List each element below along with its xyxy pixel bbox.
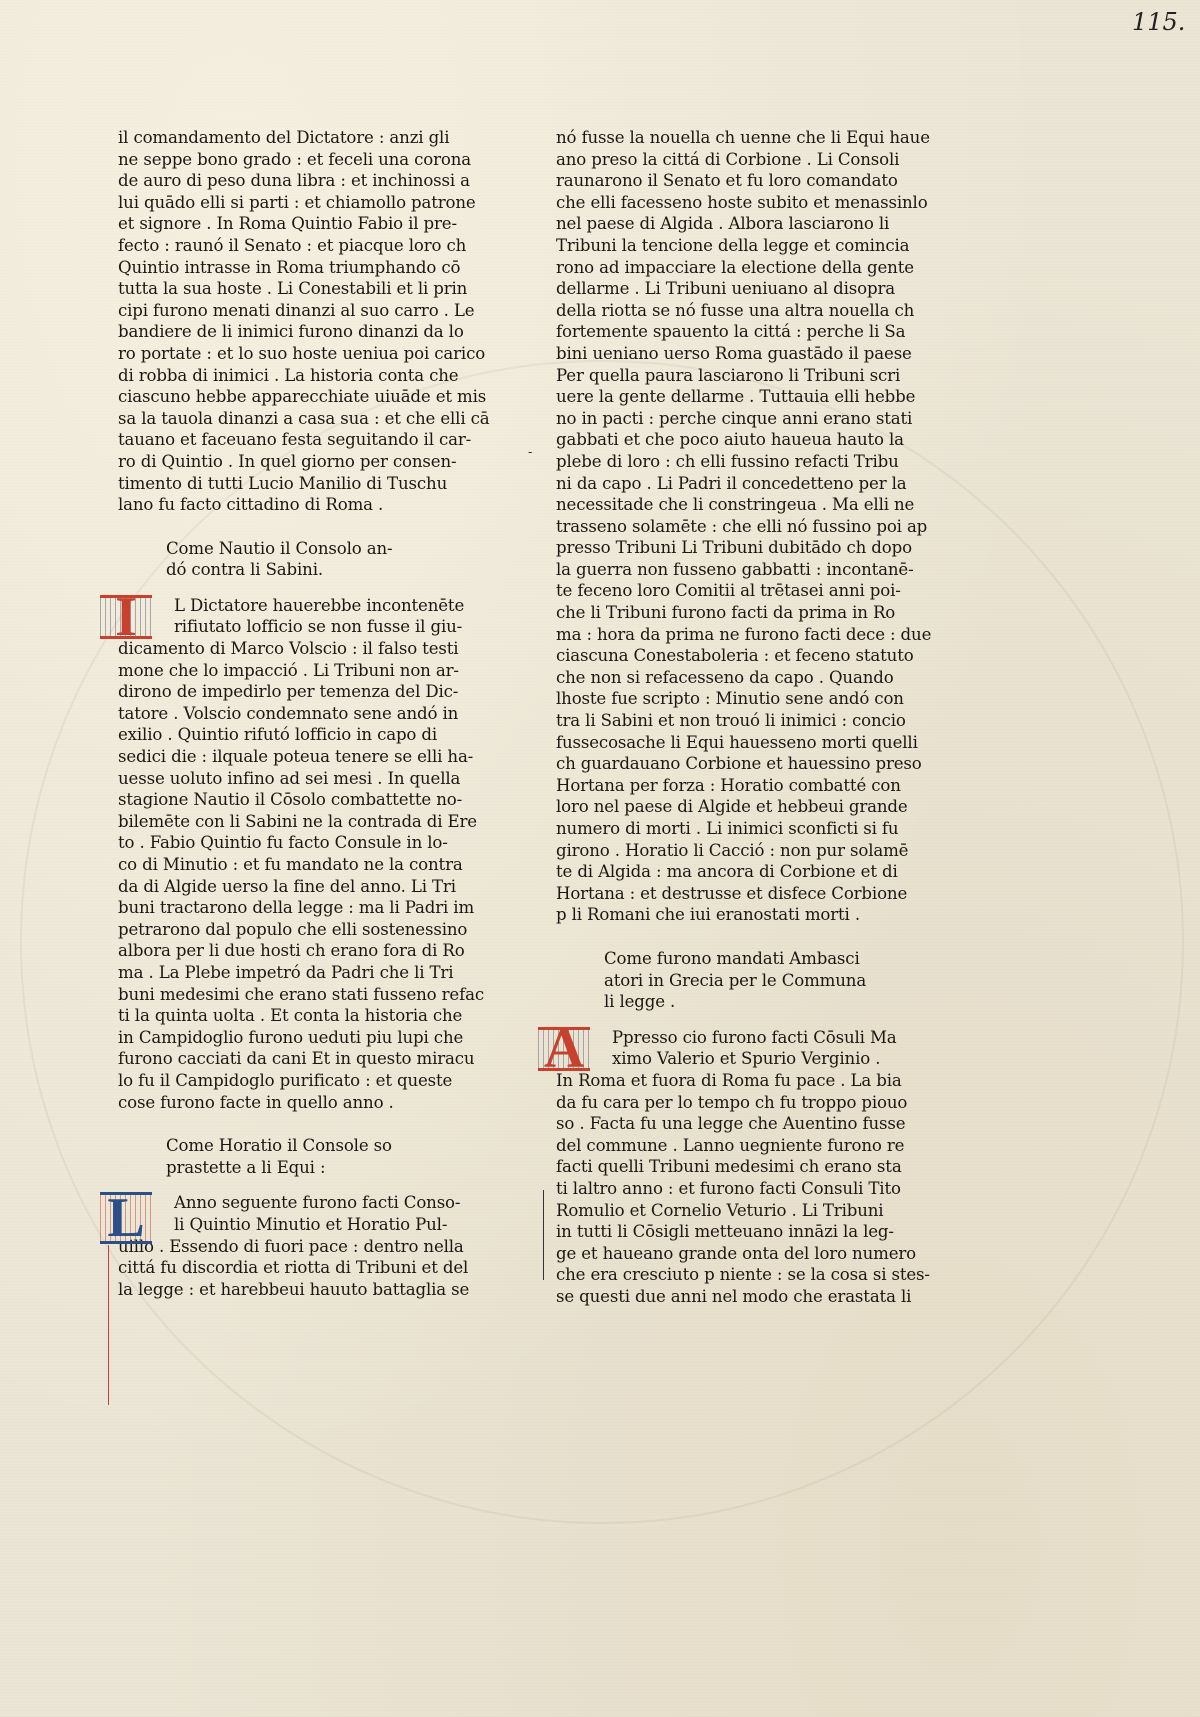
text-line: L Dictatore hauerebbe incontenēte — [174, 595, 480, 617]
text-line: ciascuna Conestaboleria : et feceno stat… — [556, 645, 918, 667]
text-line: dellarme . Li Tribuni ueniuano al disopr… — [556, 278, 918, 300]
text-line: li legge . — [604, 991, 918, 1013]
text-line: Come Nautio il Consolo an- — [166, 538, 480, 560]
text-line: ano preso la cittá di Corbione . Li Cons… — [556, 149, 918, 171]
text-line: bilemēte con li Sabini ne la contrada di… — [118, 811, 480, 833]
text-line: rifiutato lofficio se non fusse il giu- — [174, 616, 480, 638]
text-line: gabbati et che poco aiuto haueua hauto l… — [556, 429, 918, 451]
section-heading: Come Nautio il Consolo an-dó contra li S… — [118, 538, 480, 581]
text-line: te di Algida : ma ancora di Corbione et … — [556, 861, 918, 883]
text-line: to . Fabio Quintio fu facto Consule in l… — [118, 832, 480, 854]
text-line: uesse uoluto infino ad sei mesi . In que… — [118, 768, 480, 790]
text-line: p li Romani che iui eranostati morti . — [556, 904, 918, 926]
illuminated-initial-l: L — [96, 1186, 156, 1250]
margin-dot: - — [528, 445, 532, 460]
text-line: buni medesimi che erano stati fusseno re… — [118, 984, 480, 1006]
text-line: ne seppe bono grado : et feceli una coro… — [118, 149, 480, 171]
text-line: plebe di loro : ch elli fussino refacti … — [556, 451, 918, 473]
text-line: nel paese di Algida . Albora lasciarono … — [556, 213, 918, 235]
text-line: Tribuni la tencione della legge et comin… — [556, 235, 918, 257]
text-line: tra li Sabini et non trouó li inimici : … — [556, 710, 918, 732]
text-line: de auro di peso duna libra : et inchinos… — [118, 170, 480, 192]
text-line: so . Facta fu una legge che Auentino fus… — [556, 1113, 918, 1135]
text-line: prastette a li Equi : — [166, 1157, 480, 1179]
text-line: bandiere de li inimici furono dinanzi da… — [118, 321, 480, 343]
text-line: Ppresso cio furono facti Cōsuli Ma — [612, 1027, 918, 1049]
text-line: se questi due anni nel modo che erastata… — [556, 1286, 918, 1308]
text-line: cipi furono menati dinanzi al suo carro … — [118, 300, 480, 322]
text-line: Hortana : et destrusse et disfece Corbio… — [556, 883, 918, 905]
text-line: ti la quinta uolta . Et conta la histori… — [118, 1005, 480, 1027]
text-line: sa la tauola dinanzi a casa sua : et che… — [118, 408, 480, 430]
text-line: uillo . Essendo di fuori pace : dentro n… — [118, 1236, 480, 1258]
text-line: raunarono il Senato et fu loro comandato — [556, 170, 918, 192]
text-line: tauano et faceuano festa seguitando il c… — [118, 429, 480, 451]
text-line: co di Minutio : et fu mandato ne la cont… — [118, 854, 480, 876]
text-line: nó fusse la nouella ch uenne che li Equi… — [556, 127, 918, 149]
text-line: Come furono mandati Ambasci — [604, 948, 918, 970]
text-line: la legge : et harebbeui hauuto battaglia… — [118, 1279, 480, 1301]
text-line: il comandamento del Dictatore : anzi gli — [118, 127, 480, 149]
text-line: ge et haueano grande onta del loro numer… — [556, 1243, 918, 1265]
text-line: la guerra non fusseno gabbatti : inconta… — [556, 559, 918, 581]
text-line: stagione Nautio il Cōsolo combattette no… — [118, 789, 480, 811]
text-line: Come Horatio il Console so — [166, 1135, 480, 1157]
text-line: li Quintio Minutio et Horatio Pul- — [174, 1214, 480, 1236]
text-line: Hortana per forza : Horatio combatté con — [556, 775, 918, 797]
text-line: ximo Valerio et Spurio Verginio . — [612, 1048, 918, 1070]
text-line: in tutti li Cōsigli metteuano innāzi la … — [556, 1221, 918, 1243]
text-line: uere la gente dellarme . Tuttauia elli h… — [556, 386, 918, 408]
text-line: ni da capo . Li Padri il concedetteno pe… — [556, 473, 918, 495]
paragraph: In Roma et fuora di Roma fu pace . La bi… — [556, 1070, 918, 1308]
text-line: Quintio intrasse in Roma triumphando cō — [118, 257, 480, 279]
paragraph-with-initial: I L Dictatore hauerebbe incontenēterifiu… — [118, 595, 480, 638]
text-line: del commune . Lanno uegniente furono re — [556, 1135, 918, 1157]
paragraph: dicamento di Marco Volscio : il falso te… — [118, 638, 480, 1113]
text-line: ciascuno hebbe apparecchiate uiuāde et m… — [118, 386, 480, 408]
text-line: che elli facesseno hoste subito et menas… — [556, 192, 918, 214]
text-line: tatore . Volscio condemnato sene andó in — [118, 703, 480, 725]
text-line: della riotta se nó fusse una altra nouel… — [556, 300, 918, 322]
text-line: fortemente spauento la cittá : perche li… — [556, 321, 918, 343]
text-line: lhoste fue scripto : Minutio sene andó c… — [556, 688, 918, 710]
text-line: bini ueniano uerso Roma guastādo il paes… — [556, 343, 918, 365]
paragraph: il comandamento del Dictatore : anzi gli… — [118, 127, 480, 516]
illuminated-initial-a: A — [534, 1021, 594, 1077]
right-column: nó fusse la nouella ch uenne che li Equi… — [556, 127, 918, 1307]
text-line: che li Tribuni furono facti da prima in … — [556, 602, 918, 624]
text-line: dirono de impedirlo per temenza del Dic- — [118, 681, 480, 703]
text-line: ch guardauano Corbione et hauessino pres… — [556, 753, 918, 775]
pen-flourish — [108, 1245, 117, 1405]
text-line: trasseno solamēte : che elli nó fussino … — [556, 516, 918, 538]
text-line: fecto : raunó il Senato : et piacque lor… — [118, 235, 480, 257]
text-line: necessitade che li constringeua . Ma ell… — [556, 494, 918, 516]
text-line: girono . Horatio li Cacció : non pur sol… — [556, 840, 918, 862]
text-line: facti quelli Tribuni medesimi ch erano s… — [556, 1156, 918, 1178]
text-line: cittá fu discordia et riotta di Tribuni … — [118, 1257, 480, 1279]
text-line: te feceno loro Comitii al trētasei anni … — [556, 580, 918, 602]
text-line: da di Algide uerso la fine del anno. Li … — [118, 876, 480, 898]
text-line: ma . La Plebe impetró da Padri che li Tr… — [118, 962, 480, 984]
text-line: rono ad impacciare la electione della ge… — [556, 257, 918, 279]
text-line: Per quella paura lasciarono li Tribuni s… — [556, 365, 918, 387]
paragraph-with-initial: L Anno seguente furono facti Conso-li Qu… — [118, 1192, 480, 1235]
section-heading: Come furono mandati Ambasciatori in Grec… — [556, 948, 918, 1013]
pen-flourish — [543, 1190, 552, 1280]
text-line: numero di morti . Li inimici sconficti s… — [556, 818, 918, 840]
text-line: Anno seguente furono facti Conso- — [174, 1192, 480, 1214]
text-line: lano fu facto cittadino di Roma . — [118, 494, 480, 516]
paragraph-with-initial: A Ppresso cio furono facti Cōsuli Maximo… — [556, 1027, 918, 1070]
text-line: ma : hora da prima ne furono facti dece … — [556, 624, 918, 646]
text-line: fussecosache li Equi hauesseno morti que… — [556, 732, 918, 754]
folio-number: 115. — [1132, 8, 1185, 36]
text-line: timento di tutti Lucio Manilio di Tuschu — [118, 473, 480, 495]
text-line: dó contra li Sabini. — [166, 559, 480, 581]
text-line: petrarono dal populo che elli sostenessi… — [118, 919, 480, 941]
text-line: exilio . Quintio rifutó lofficio in capo… — [118, 724, 480, 746]
left-column: il comandamento del Dictatore : anzi gli… — [118, 127, 480, 1300]
text-line: mone che lo impacció . Li Tribuni non ar… — [118, 660, 480, 682]
text-line: che era cresciuto p niente : se la cosa … — [556, 1264, 918, 1286]
text-line: et signore . In Roma Quintio Fabio il pr… — [118, 213, 480, 235]
illuminated-initial-i: I — [96, 589, 156, 645]
paragraph: nó fusse la nouella ch uenne che li Equi… — [556, 127, 918, 926]
text-line: ti laltro anno : et furono facti Consuli… — [556, 1178, 918, 1200]
text-line: da fu cara per lo tempo ch fu troppo pio… — [556, 1092, 918, 1114]
text-line: furono cacciati da cani Et in questo mir… — [118, 1048, 480, 1070]
text-line: In Roma et fuora di Roma fu pace . La bi… — [556, 1070, 918, 1092]
text-line: dicamento di Marco Volscio : il falso te… — [118, 638, 480, 660]
text-line: sedici die : ilquale poteua tenere se el… — [118, 746, 480, 768]
text-line: buni tractarono della legge : ma li Padr… — [118, 897, 480, 919]
text-line: no in pacti : perche cinque anni erano s… — [556, 408, 918, 430]
text-line: lo fu il Campidoglo purificato : et ques… — [118, 1070, 480, 1092]
text-line: loro nel paese di Algide et hebbeui gran… — [556, 796, 918, 818]
text-line: albora per li due hosti ch erano fora di… — [118, 940, 480, 962]
text-line: di robba di inimici . La historia conta … — [118, 365, 480, 387]
text-line: lui quādo elli si parti : et chiamollo p… — [118, 192, 480, 214]
text-line: Romulio et Cornelio Veturio . Li Tribuni — [556, 1200, 918, 1222]
text-line: ro di Quintio . In quel giorno per conse… — [118, 451, 480, 473]
text-line: in Campidoglio furono ueduti piu lupi ch… — [118, 1027, 480, 1049]
text-line: presso Tribuni Li Tribuni dubitādo ch do… — [556, 537, 918, 559]
paragraph: uillo . Essendo di fuori pace : dentro n… — [118, 1236, 480, 1301]
section-heading: Come Horatio il Console soprastette a li… — [118, 1135, 480, 1178]
text-line: cose furono facte in quello anno . — [118, 1092, 480, 1114]
text-line: atori in Grecia per le Communa — [604, 970, 918, 992]
text-line: che non si refacesseno da capo . Quando — [556, 667, 918, 689]
text-line: ro portate : et lo suo hoste ueniua poi … — [118, 343, 480, 365]
text-line: tutta la sua hoste . Li Conestabili et l… — [118, 278, 480, 300]
